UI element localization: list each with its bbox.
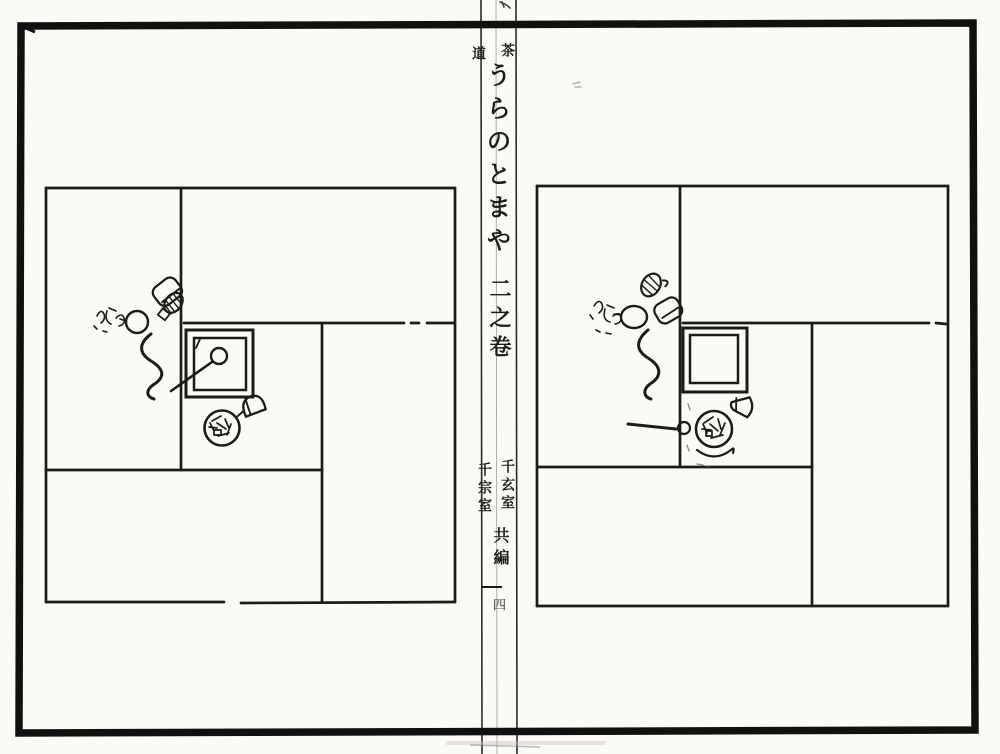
spine-top-pen-mark: [500, 2, 510, 8]
spine-editor-right: 千玄室: [500, 459, 514, 513]
book-spread-scan: 茶 道 うらのとまや 二之卷 千玄室 千宗室 共編 四: [0, 0, 1000, 754]
paper-speck: [573, 82, 581, 87]
metal-rings: [621, 306, 647, 328]
spine-title: うらのとまや: [485, 62, 510, 260]
left-utensil-group: [94, 275, 187, 399]
spine-divider-rule: [481, 586, 502, 588]
right-charcoal-basket: [687, 404, 734, 466]
right-utensil-group: [590, 270, 685, 399]
charcoal-pieces: [702, 417, 725, 438]
left-hearth: [171, 330, 253, 397]
charcoal-pieces: [209, 416, 231, 436]
left-room-plan: [46, 188, 455, 603]
feather-brush: [637, 270, 668, 302]
hearth-tick-mark: [196, 339, 200, 348]
spine-bottom-smudge: [446, 741, 606, 747]
basket-handle-curve: [697, 449, 734, 457]
ladle-handle-line: [171, 362, 212, 391]
left-charcoal-basket: [205, 411, 240, 446]
right-tatami-lines: [537, 186, 948, 606]
metal-rings: [126, 311, 148, 333]
spine-series-char-right: 茶: [500, 43, 514, 57]
fire-chopsticks-curve: [639, 330, 659, 399]
utensil-label-script: [94, 308, 124, 332]
right-hearth: [683, 328, 747, 392]
spine-volume: 二之卷: [487, 277, 509, 364]
spine-edited-label: 共編: [492, 527, 508, 571]
right-room-plan: [537, 186, 948, 606]
utensil-label-script: [590, 301, 621, 334]
spine-series-char-left: 道: [471, 46, 485, 60]
spine-editor-left: 千宗室: [477, 462, 491, 516]
kettle-lid-knob: [211, 348, 227, 364]
fire-chopsticks-curve: [142, 334, 162, 399]
right-ash-container: [729, 394, 754, 417]
spine-folio-number: 四: [491, 598, 504, 611]
